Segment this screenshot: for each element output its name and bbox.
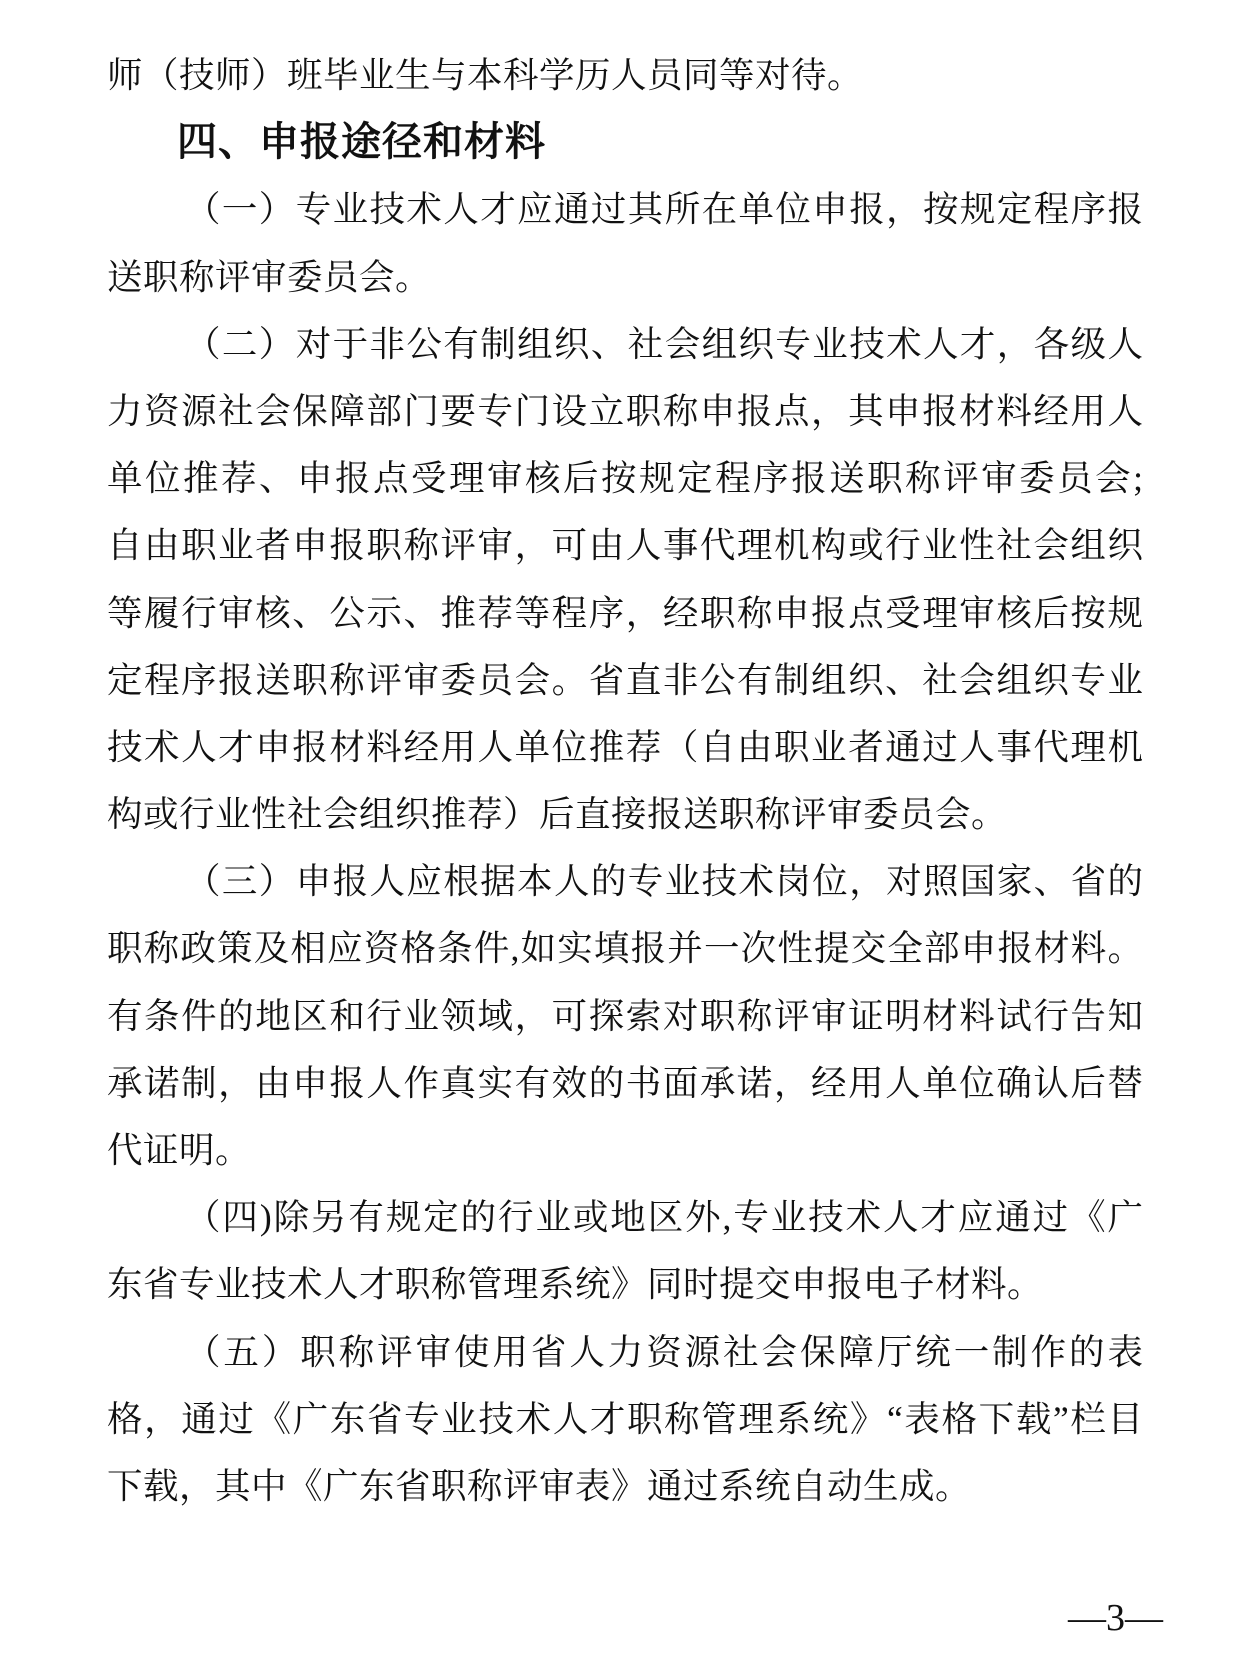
document-body: 师（技师）班毕业生与本科学历人员同等对待。四、申报途径和材料（一）专业技术人才应… [107,42,1143,1520]
text-line: 承诺制，由申报人作真实有效的书面承诺，经用人单位确认后替 [107,1050,1143,1117]
text-line: 师（技师）班毕业生与本科学历人员同等对待。 [107,42,1143,109]
text-line: 格，通过《广东省专业技术人才职称管理系统》“表格下载”栏目 [107,1386,1143,1453]
page-number: —3— [1068,1594,1163,1642]
text-line: 下载，其中《广东省职称评审表》通过系统自动生成。 [107,1453,1143,1520]
text-line: 力资源社会保障部门要专门设立职称申报点，其申报材料经用人 [107,378,1143,445]
text-line: （二）对于非公有制组织、社会组织专业技术人才，各级人 [107,311,1143,378]
text-line: 有条件的地区和行业领域，可探索对职称评审证明材料试行告知 [107,983,1143,1050]
text-line: （四)除另有规定的行业或地区外,专业技术人才应通过《广 [107,1184,1143,1251]
text-line: （一）专业技术人才应通过其所在单位申报，按规定程序报 [107,176,1143,243]
text-line: 代证明。 [107,1117,1143,1184]
text-line: 构或行业性社会组织推荐）后直接报送职称评审委员会。 [107,781,1143,848]
text-line: 等履行审核、公示、推荐等程序，经职称申报点受理审核后按规 [107,580,1143,647]
text-line: 送职称评审委员会。 [107,244,1143,311]
text-line: 单位推荐、申报点受理审核后按规定程序报送职称评审委员会; [107,445,1143,512]
text-line: 定程序报送职称评审委员会。省直非公有制组织、社会组织专业 [107,647,1143,714]
text-line: 职称政策及相应资格条件,如实填报并一次性提交全部申报材料。 [107,915,1143,982]
text-line: 技术人才申报材料经用人单位推荐（自由职业者通过人事代理机 [107,714,1143,781]
document-page: 师（技师）班毕业生与本科学历人员同等对待。四、申报途径和材料（一）专业技术人才应… [0,0,1251,1663]
section-heading: 四、申报途径和材料 [107,109,1143,176]
text-line: （五）职称评审使用省人力资源社会保障厅统一制作的表 [107,1319,1143,1386]
text-line: 自由职业者申报职称评审，可由人事代理机构或行业性社会组织 [107,512,1143,579]
text-line: 东省专业技术人才职称管理系统》同时提交申报电子材料。 [107,1251,1143,1318]
text-line: （三）申报人应根据本人的专业技术岗位，对照国家、省的 [107,848,1143,915]
